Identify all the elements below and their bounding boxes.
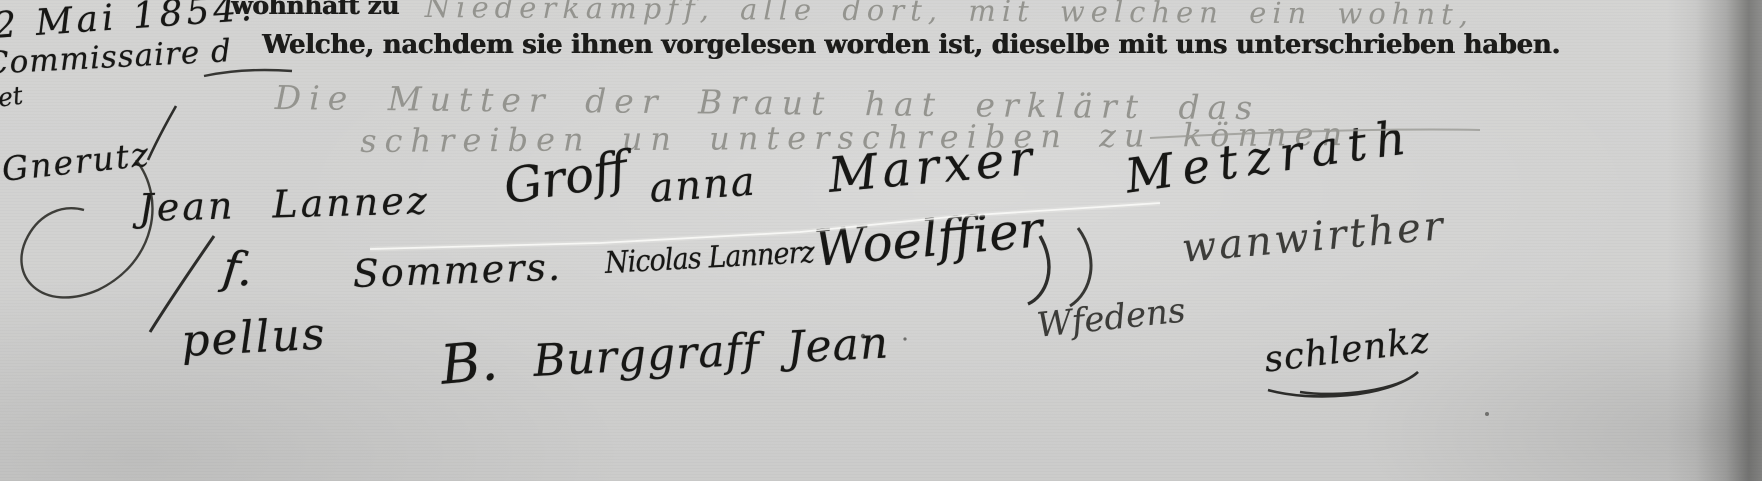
page-edge-shadow [1667, 0, 1762, 481]
ink-speck [1485, 412, 1489, 416]
margin-commissaire-fragment: et [0, 81, 25, 113]
handwritten-residence-fill: Niederkampff, alle dort, mit welchen ein… [425, 0, 1474, 31]
signature-jean-lannez: Jean Lannez [138, 178, 430, 230]
scanned-record-page: wohnhaft zu Niederkampff, alle dort, mit… [0, 0, 1762, 481]
signature-wanwirther: wanwirther [1180, 203, 1448, 272]
commissaire-trailing-dash [204, 70, 292, 76]
signature-nicolas-lannerz: Nicolas Lannerz [604, 235, 815, 281]
signature-gnerutz: Gnerutz [0, 134, 152, 188]
signature-b-initial: B. [438, 329, 500, 397]
signature-burggraff-jean: Burggraff Jean [532, 317, 890, 387]
ink-speck [903, 337, 906, 340]
signature-f-initial: f. [220, 240, 255, 297]
signature-wfedens: Wfedens [1035, 290, 1187, 345]
pen-upstroke [148, 106, 176, 160]
signature-pellus: pellus [180, 308, 328, 367]
signature-anna: anna [648, 159, 758, 212]
signature-schlenkz: schlenkz [1262, 320, 1432, 381]
signature-sommers: Sommers. [352, 245, 563, 296]
signature-woelffier: Woelffier [812, 200, 1045, 278]
woelffier-paraph-2 [1070, 228, 1091, 306]
printed-attestation-line: Welche, nachdem sie ihnen vorgelesen wor… [262, 30, 1560, 60]
